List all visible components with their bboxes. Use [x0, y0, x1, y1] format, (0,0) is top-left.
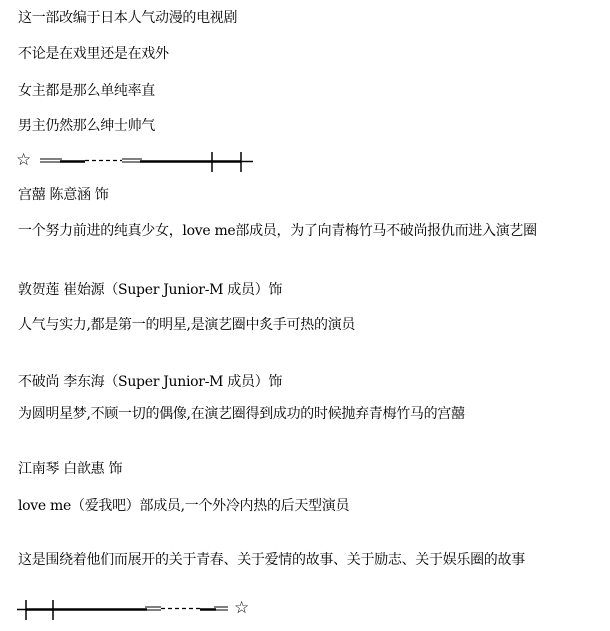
intro-line-3: 女主都是那么单纯率直 [18, 82, 155, 100]
cast-description-line: love me（爱我吧）部成员,一个外冷内热的后天型演员 [18, 497, 349, 515]
star-icon: ☆ [234, 599, 249, 617]
divider-ornament-bottom: ☆ [0, 597, 300, 623]
divider-line-top [38, 149, 258, 175]
cast-description-line: 人气与实力,都是第一的明星,是演艺圈中炙手可热的演员 [18, 316, 355, 334]
document-page: 这一部改编于日本人气动漫的电视剧 不论是在戏里还是在戏外 女主都是那么单纯率直 … [0, 0, 610, 631]
intro-line-1: 这一部改编于日本人气动漫的电视剧 [18, 9, 237, 27]
star-icon: ☆ [16, 151, 31, 169]
divider-line-bottom [14, 597, 230, 623]
cast-description-line: 为圆明星梦,不顾一切的偶像,在演艺圈得到成功的时候抛弃青梅竹马的宫囍 [18, 405, 465, 423]
cast-role-line: 江南琴 白歆惠 饰 [18, 460, 122, 478]
intro-line-2: 不论是在戏里还是在戏外 [18, 45, 169, 63]
cast-role-line: 敦贺莲 崔始源（Super Junior-M 成员）饰 [18, 281, 282, 299]
intro-line-4: 男主仍然那么绅士帅气 [18, 117, 155, 135]
outro-line: 这是围绕着他们而展开的关于青春、关于爱情的故事、关于励志、关于娱乐圈的故事 [18, 551, 525, 569]
cast-role-line: 宫囍 陈意涵 饰 [18, 186, 109, 204]
cast-description-line: 一个努力前进的纯真少女，love me部成员，为了向青梅竹马不破尚报仇而进入演艺… [18, 222, 537, 240]
divider-ornament-top: ☆ [0, 149, 300, 175]
cast-role-line: 不破尚 李东海（Super Junior-M 成员）饰 [18, 373, 282, 391]
